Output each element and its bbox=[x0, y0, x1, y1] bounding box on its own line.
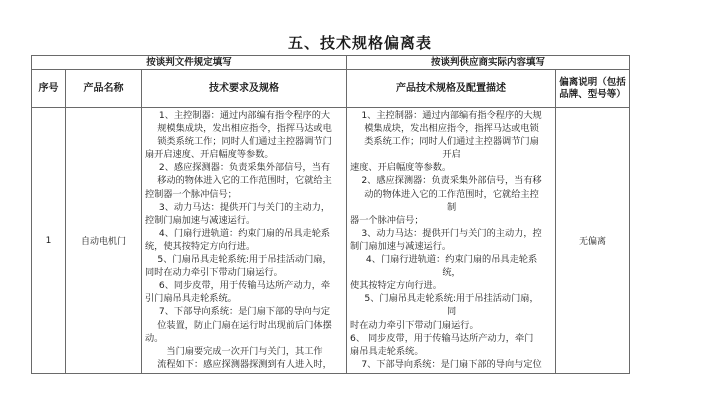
text-line: 锁类系统工作；同时人们通过主控器调节门 bbox=[145, 135, 344, 148]
text-line: 模集成块，发出相应指令，指挥马达或电锁 bbox=[350, 122, 553, 135]
text-line: 类系统工作；同时人们通过主控器调节门扇 bbox=[350, 135, 553, 148]
column-header-row: 序号 产品名称 技术要求及规格 产品技术规格及配置描述 偏离说明（包括品牌、型号… bbox=[32, 70, 630, 108]
text-line: 控制门扇加速与减速运行。 bbox=[145, 214, 344, 227]
text-line: 开启 bbox=[350, 148, 553, 161]
column-header-requirements: 技术要求及规格 bbox=[142, 70, 347, 108]
text-line: 扇开启速度、开启幅度等参数。 bbox=[145, 148, 344, 161]
column-header-offer: 产品技术规格及配置描述 bbox=[347, 70, 556, 108]
text-line: 4、门扇行进轨道：约束门扇的吊具走轮系 bbox=[145, 227, 344, 240]
text-line: 7、下部导向系统：是门扇下部的导向与定 bbox=[145, 305, 344, 318]
text-line: 2、感应探测器：负责采集外部信号，当有 bbox=[145, 161, 344, 174]
text-line: 7、下部导向系统：是门扇下部的导向与定位 bbox=[350, 358, 553, 371]
text-line: 5、门扇吊具走轮系统:用于吊挂活动门扇， bbox=[145, 253, 344, 266]
text-line: 3、动力马达：提供开门与关门的主动力， bbox=[145, 201, 344, 214]
text-line: 规模集成块，发出相应指令，指挥马达或电 bbox=[145, 122, 344, 135]
text-line: 统，使其按特定方向行进。 bbox=[145, 240, 344, 253]
row-product-name: 自动电机门 bbox=[66, 108, 142, 374]
text-line: 当门扇要完成一次开门与关门，其工作 bbox=[145, 345, 344, 358]
column-header-deviation: 偏离说明（包括品牌、型号等） bbox=[556, 70, 630, 108]
technical-deviation-table: 按谈判文件规定填写 按谈判供应商实际内容填写 序号 产品名称 技术要求及规格 产… bbox=[31, 55, 630, 374]
text-line: 时在动力牵引下带动门扇运行。 bbox=[350, 319, 553, 332]
text-line: 控制器一个脉冲信号； bbox=[145, 188, 344, 201]
text-line: 速度、开启幅度等参数。 bbox=[350, 161, 553, 174]
text-line: 1、主控制器：通过内部编有指令程序的大 bbox=[145, 109, 344, 122]
text-line: 动。 bbox=[145, 332, 344, 345]
row-deviation: 无偏离 bbox=[556, 108, 630, 374]
text-line: 4、门扇行进轨道：约束门扇的吊具走轮系 bbox=[350, 253, 553, 266]
group-header-negotiation-docs: 按谈判文件规定填写 bbox=[32, 56, 347, 70]
text-line: 6、 同步皮带，用于传输马达所产动力，牵门 bbox=[350, 332, 553, 345]
text-line: 移动的物体进入它的工作范围时，它就给主 bbox=[145, 174, 344, 187]
text-line: 使其按特定方向行进。 bbox=[350, 279, 553, 292]
text-line: 位装置，防止门扇在运行时出现前后门体摆 bbox=[145, 319, 344, 332]
group-header-supplier-actual: 按谈判供应商实际内容填写 bbox=[347, 56, 630, 70]
text-line: 同时在动力牵引下带动门扇运行。 bbox=[145, 266, 344, 279]
text-line: 统， bbox=[350, 266, 553, 279]
row-offer: 1、主控制器：通过内部编有指令程序的大规模集成块，发出相应指令，指挥马达或电锁类… bbox=[347, 108, 556, 374]
text-line: 引门扇吊具走轮系统。 bbox=[145, 292, 344, 305]
page-title: 五、技术规格偏离表 bbox=[0, 32, 720, 53]
row-index: 1 bbox=[32, 108, 66, 374]
text-line: 扇吊具走轮系统。 bbox=[350, 345, 553, 358]
column-header-product-name: 产品名称 bbox=[66, 70, 142, 108]
text-line: 6、同步皮带，用于传输马达所产动力，牵 bbox=[145, 279, 344, 292]
text-line: 3、动力马达：提供开门与关门的主动力，控 bbox=[350, 227, 553, 240]
text-line: 1、主控制器：通过内部编有指令程序的大规 bbox=[350, 109, 553, 122]
text-line: 5、门扇吊具走轮系统:用于吊挂活动门扇， bbox=[350, 292, 553, 305]
text-line: 制门扇加速与减速运行。 bbox=[350, 240, 553, 253]
group-header-row: 按谈判文件规定填写 按谈判供应商实际内容填写 bbox=[32, 56, 630, 70]
text-line: 同 bbox=[350, 305, 553, 318]
text-line: 2、感应探测器：负责采集外部信号，当有移 bbox=[350, 174, 553, 187]
column-header-index: 序号 bbox=[32, 70, 66, 108]
row-requirements: 1、主控制器：通过内部编有指令程序的大规模集成块，发出相应指令，指挥马达或电锁类… bbox=[142, 108, 347, 374]
text-line: 动的物体进入它的工作范围时，它就给主控 bbox=[350, 188, 553, 201]
text-line: 器一个脉冲信号； bbox=[350, 214, 553, 227]
text-line: 制 bbox=[350, 201, 553, 214]
text-line: 流程如下：感应探测器探测到有人进入时， bbox=[145, 358, 344, 371]
table-row: 1 自动电机门 1、主控制器：通过内部编有指令程序的大规模集成块，发出相应指令，… bbox=[32, 108, 630, 374]
